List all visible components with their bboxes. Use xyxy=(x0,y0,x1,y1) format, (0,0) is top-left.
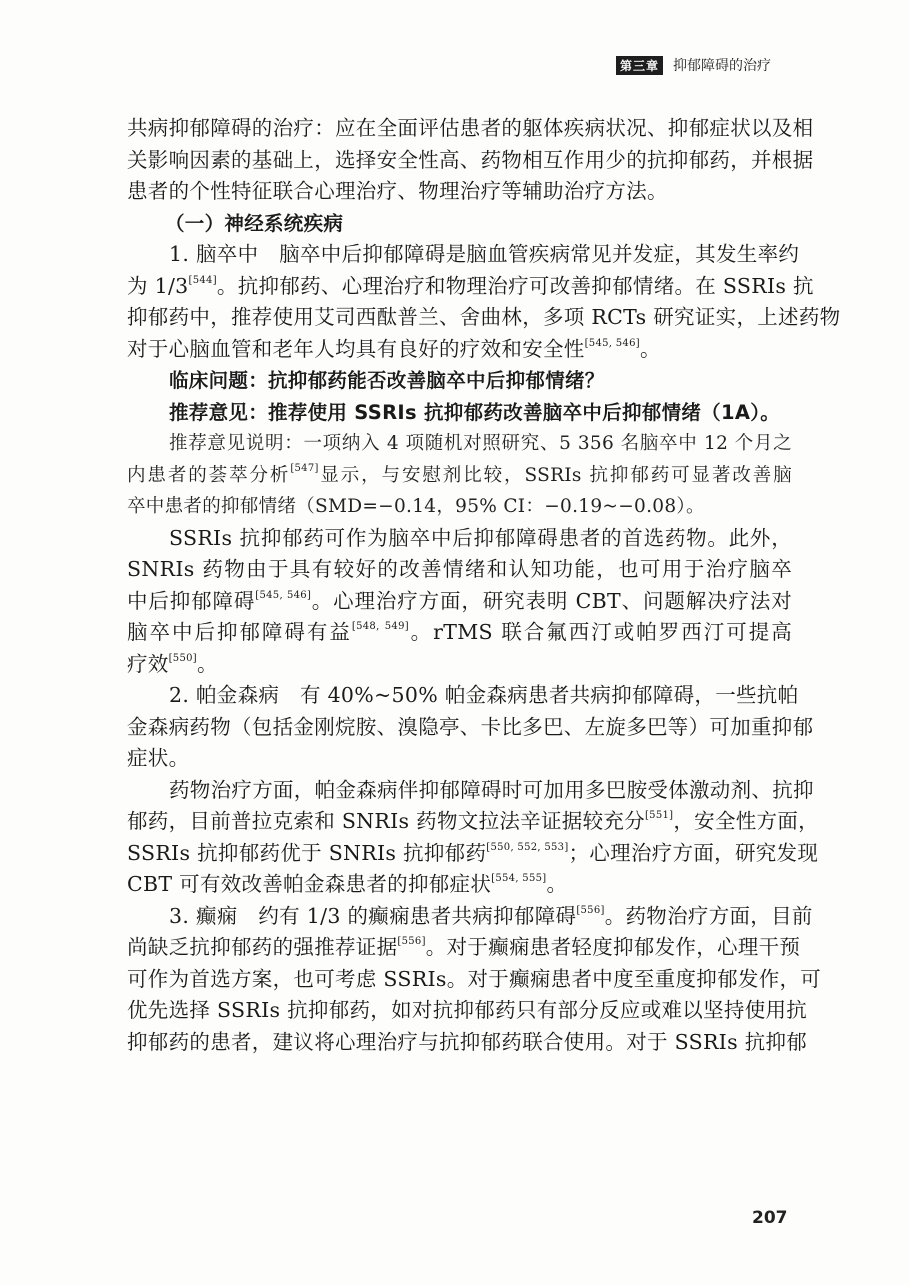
citation: [547] xyxy=(290,463,318,474)
body-line: 症状。 xyxy=(127,743,792,775)
citation: [545, 546] xyxy=(255,590,311,601)
body-line: CBT 可有效改善帕金森患者的抑郁症状[554, 555]。 xyxy=(127,869,792,901)
citation: [550, 552, 553] xyxy=(486,842,568,853)
body-line: SSRIs 抗抑郁药优于 SNRIs 抗抑郁药[550, 552, 553]；心… xyxy=(127,838,792,870)
explanation-line: 卒中患者的抑郁情绪（SMD=−0.14，95% CI：−0.19~−0.08）。 xyxy=(127,491,792,523)
body-line: 郁药，目前普拉克索和 SNRIs 药物文拉法辛证据较充分[551]，安全性方面， xyxy=(127,806,792,838)
chapter-badge: 第三章 xyxy=(616,56,663,75)
body-line: 优先选择 SSRIs 抗抑郁药，如对抗抑郁药只有部分反应或难以坚持使用抗 xyxy=(127,995,792,1027)
body-line: 药物治疗方面，帕金森病伴抑郁障碍时可加用多巴胺受体激动剂、抗抑 xyxy=(127,775,792,807)
chapter-title: 抑郁障碍的治疗 xyxy=(673,55,771,75)
body-line: 可作为首选方案，也可考虑 SSRIs。对于癫痫患者中度至重度抑郁发作，可 xyxy=(127,964,792,996)
citation: [556] xyxy=(397,936,425,947)
running-head: 第三章 抑郁障碍的治疗 xyxy=(616,55,771,75)
body-line: 抑郁药中，推荐使用艾司西酞普兰、舍曲林，多项 RCTs 研究证实，上述药物 xyxy=(127,302,792,334)
citation: [548, 549] xyxy=(352,621,409,632)
clinical-question: 临床问题：抗抑郁药能否改善脑卒中后抑郁情绪？ xyxy=(127,365,792,397)
body-line: 1. 脑卒中 脑卒中后抑郁障碍是脑血管疾病常见并发症，其发生率约 xyxy=(127,239,792,271)
body-line: 2. 帕金森病 有 40%~50% 帕金森病患者共病抑郁障碍，一些抗帕 xyxy=(127,680,792,712)
citation: [550] xyxy=(169,653,197,664)
citation: [551] xyxy=(645,810,673,821)
explanation-line: 内患者的荟萃分析[547]显示，与安慰剂比较，SSRIs 抗抑郁药可显著改善脑 xyxy=(127,460,792,492)
body-line: 中后抑郁障碍[545, 546]。心理治疗方面，研究表明 CBT、问题解决疗法对 xyxy=(127,586,792,618)
body-line: SNRIs 药物由于具有较好的改善情绪和认知功能，也可用于治疗脑卒 xyxy=(127,554,792,586)
citation: [544] xyxy=(189,275,217,286)
body-line: 疗效[550]。 xyxy=(127,649,792,681)
section-heading: （一）神经系统疾病 xyxy=(127,208,792,240)
page-number: 207 xyxy=(752,1208,788,1228)
citation: [545, 546] xyxy=(585,338,640,349)
page-body: 共病抑郁障碍的治疗：应在全面评估患者的躯体疾病状况、抑郁症状以及相 关影响因素的… xyxy=(127,113,792,1058)
body-line: SSRIs 抗抑郁药可作为脑卒中后抑郁障碍患者的首选药物。此外， xyxy=(127,523,792,555)
body-line: 尚缺乏抗抑郁药的强推荐证据[556]。对于癫痫患者轻度抑郁发作，心理干预 xyxy=(127,932,792,964)
body-line: 为 1/3[544]。抗抑郁药、心理治疗和物理治疗可改善抑郁情绪。在 SSRIs… xyxy=(127,271,792,303)
body-line: 共病抑郁障碍的治疗：应在全面评估患者的躯体疾病状况、抑郁症状以及相 xyxy=(127,113,792,145)
citation: [556] xyxy=(576,905,604,916)
body-line: 3. 癫痫 约有 1/3 的癫痫患者共病抑郁障碍[556]。药物治疗方面，目前 xyxy=(127,901,792,933)
body-line: 关影响因素的基础上，选择安全性高、药物相互作用少的抗抑郁药，并根据 xyxy=(127,145,792,177)
recommendation: 推荐意见：推荐使用 SSRIs 抗抑郁药改善脑卒中后抑郁情绪（1A）。 xyxy=(127,397,792,429)
explanation-line: 推荐意见说明：一项纳入 4 项随机对照研究、5 356 名脑卒中 12 个月之 xyxy=(127,428,792,460)
body-line: 金森病药物（包括金刚烷胺、溴隐亭、卡比多巴、左旋多巴等）可加重抑郁 xyxy=(127,712,792,744)
body-line: 脑卒中后抑郁障碍有益[548, 549]。rTMS 联合氟西汀或帕罗西汀可提高 xyxy=(127,617,792,649)
body-line: 患者的个性特征联合心理治疗、物理治疗等辅助治疗方法。 xyxy=(127,176,792,208)
body-line: 抑郁药的患者，建议将心理治疗与抗抑郁药联合使用。对于 SSRIs 抗抑郁 xyxy=(127,1027,792,1059)
body-line: 对于心脑血管和老年人均具有良好的疗效和安全性[545, 546]。 xyxy=(127,334,792,366)
citation: [554, 555] xyxy=(491,873,546,884)
